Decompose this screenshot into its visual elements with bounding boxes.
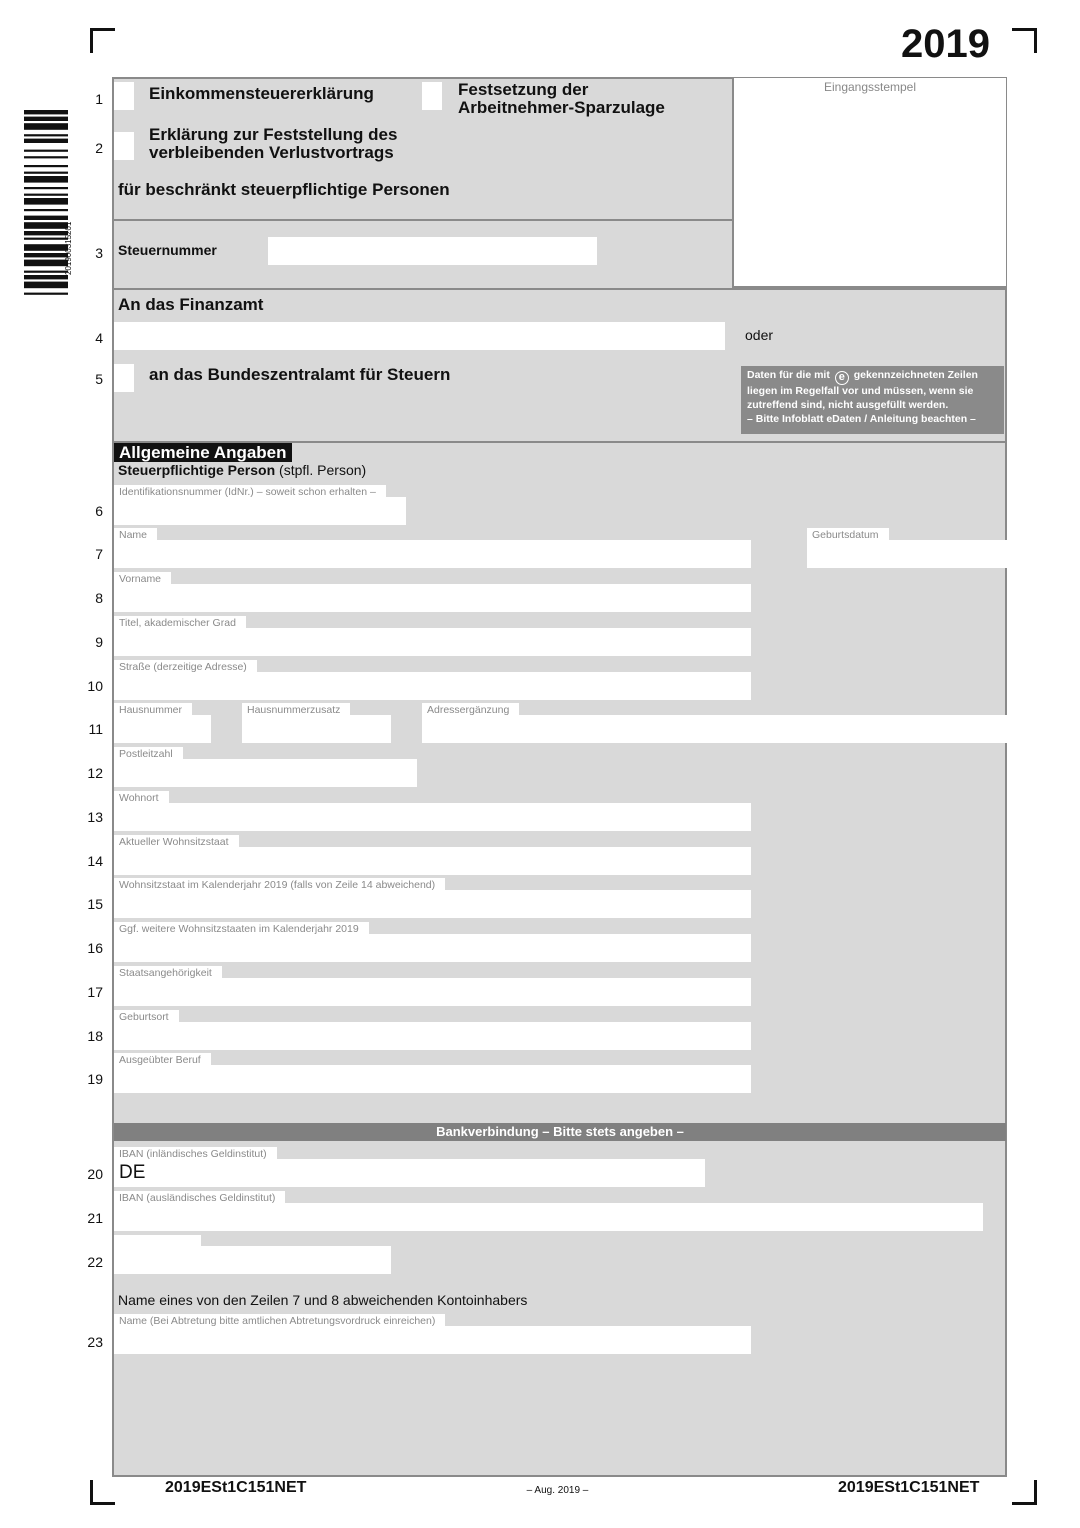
form-code-left: 2019ESt1C151NET	[165, 1479, 306, 1497]
line-number: 2	[77, 140, 103, 156]
line-number: 16	[77, 940, 103, 956]
line-number: 7	[77, 546, 103, 562]
person-heading: Steuerpflichtige Person (stpfl. Person)	[118, 462, 366, 478]
hint-text: gekennzeichneten Zeilen	[854, 369, 978, 381]
line-number: 23	[77, 1334, 103, 1350]
line-number: 14	[77, 853, 103, 869]
hint-text: zutreffend sind, nicht ausgefüllt werden…	[747, 399, 998, 413]
iban-inland-input[interactable]: DE	[114, 1159, 705, 1187]
titel-input[interactable]	[114, 628, 751, 656]
line-number: 21	[77, 1210, 103, 1226]
stamp-label: Eingangsstempel	[734, 80, 1006, 94]
name-input[interactable]	[114, 540, 751, 568]
option-line: Arbeitnehmer-Sparzulage	[458, 99, 665, 117]
weitere_wohnsitzstaaten-input[interactable]	[114, 934, 751, 962]
line-number: 15	[77, 896, 103, 912]
iban-ausland-input[interactable]	[114, 1203, 983, 1231]
divider	[113, 288, 1006, 290]
wohnsitzstaat_2019-input[interactable]	[114, 890, 751, 918]
corner-mark-top-left	[90, 28, 115, 53]
finanzamt-heading: An das Finanzamt	[118, 295, 263, 315]
line-number: 3	[77, 245, 103, 261]
hausnummer-input[interactable]	[114, 715, 211, 743]
option-line: verbleibenden Verlustvortrags	[149, 144, 397, 162]
option-arbeitnehmer-sparzulage-label: Festsetzung der Arbeitnehmer-Sparzulage	[458, 81, 665, 117]
option-einkommensteuererklaerung-label: Einkommensteuererklärung	[149, 85, 374, 103]
oder-label: oder	[745, 327, 773, 343]
line-number: 8	[77, 590, 103, 606]
beruf-input[interactable]	[114, 1065, 751, 1093]
line-number: 11	[77, 721, 103, 737]
stamp-box: Eingangsstempel	[732, 78, 1006, 288]
corner-mark-top-right	[1012, 28, 1037, 53]
hausnummerzusatz-input[interactable]	[242, 715, 391, 743]
e-data-icon: e	[835, 371, 849, 385]
line-number: 1	[77, 91, 103, 107]
kontoinhaber-heading: Name eines von den Zeilen 7 und 8 abweic…	[118, 1292, 527, 1308]
line-number: 17	[77, 984, 103, 1000]
hint-text: Daten für die mit	[747, 369, 830, 381]
checkbox-einkommensteuererklaerung[interactable]	[114, 82, 134, 110]
person-suffix: (stpfl. Person)	[279, 462, 366, 478]
line-number: 9	[77, 634, 103, 650]
divider	[113, 219, 732, 221]
barcode-number: 201900315201	[64, 195, 73, 275]
adressergaenzung-input[interactable]	[422, 715, 1007, 743]
checkbox-bundeszentralamt[interactable]	[114, 364, 134, 392]
hint-text: – Bitte Infoblatt eDaten / Anleitung bea…	[747, 413, 998, 427]
section-bankverbindung: Bankverbindung – Bitte stets angeben –	[114, 1123, 1006, 1141]
idnr-input[interactable]	[114, 497, 406, 525]
wohnort-input[interactable]	[114, 803, 751, 831]
steuernummer-input[interactable]	[268, 237, 597, 265]
edaten-hint-box: Daten für die mit e gekennzeichneten Zei…	[741, 366, 1004, 434]
strasse-input[interactable]	[114, 672, 751, 700]
staatsangehoerigkeit-input[interactable]	[114, 978, 751, 1006]
finanzamt-input[interactable]	[114, 322, 725, 350]
person-title: Steuerpflichtige Person	[118, 462, 275, 478]
line-number: 20	[77, 1166, 103, 1182]
geburtsdatum-input[interactable]	[807, 540, 1007, 568]
bundeszentralamt-label: an das Bundeszentralamt für Steuern	[149, 366, 450, 384]
form-subtitle: für beschränkt steuerpflichtige Personen	[118, 181, 450, 199]
line-number: 5	[77, 371, 103, 387]
hint-text: liegen im Regelfall vor und müssen, wenn…	[747, 385, 998, 399]
checkbox-arbeitnehmer-sparzulage[interactable]	[422, 82, 442, 110]
wohnsitzstaat-input[interactable]	[114, 847, 751, 875]
geburtsort-input[interactable]	[114, 1022, 751, 1050]
line-number: 10	[77, 678, 103, 694]
kontoinhaber-input[interactable]	[114, 1326, 751, 1354]
line-number: 12	[77, 765, 103, 781]
form-code-right: 2019ESt1C151NET	[838, 1479, 979, 1497]
option-line: Festsetzung der	[458, 81, 665, 99]
line-number: 22	[77, 1254, 103, 1270]
bic-input[interactable]	[114, 1246, 391, 1274]
corner-mark-bottom-right	[1012, 1480, 1037, 1505]
option-verlustvortrag-label: Erklärung zur Feststellung des verbleibe…	[149, 126, 397, 162]
option-line: Erklärung zur Feststellung des	[149, 126, 397, 144]
line-number: 6	[77, 503, 103, 519]
section-allgemeine-angaben: Allgemeine Angaben	[114, 443, 292, 462]
form-date: – Aug. 2019 –	[480, 1485, 635, 1496]
plz-input[interactable]	[114, 759, 417, 787]
form-year: 2019	[880, 22, 990, 67]
line-number: 19	[77, 1071, 103, 1087]
barcode-icon	[24, 110, 68, 382]
checkbox-verlustvortrag[interactable]	[114, 132, 134, 160]
steuernummer-label: Steuernummer	[118, 242, 217, 258]
line-number: 4	[77, 330, 103, 346]
corner-mark-bottom-left	[90, 1480, 115, 1505]
vorname-input[interactable]	[114, 584, 751, 612]
line-number: 18	[77, 1028, 103, 1044]
line-number: 13	[77, 809, 103, 825]
